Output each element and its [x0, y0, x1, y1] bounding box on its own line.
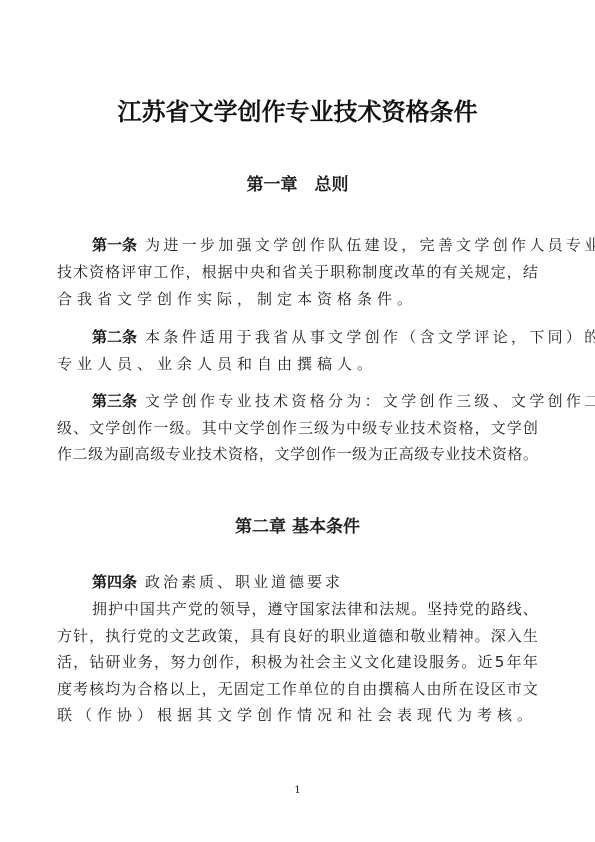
- document-page: 江苏省文学创作专业技术资格条件 第一章 总则 第一条 为进一步加强文学创作队伍建…: [0, 0, 595, 842]
- article-3-label: 第三条: [92, 390, 137, 412]
- chapter-2-heading: 第二章 基本条件: [0, 512, 595, 537]
- article-3-line-1: 第三条 文学创作专业技术资格分为：文学创作三级、文学创作二: [92, 390, 538, 412]
- article-4-paragraph-line-2: 方针，执行党的文艺政策，具有良好的职业道德和敬业精神。深入生: [57, 625, 538, 647]
- article-2-text-1: 本条件适用于我省从事文学创作（含文学评论，下同）的: [145, 326, 595, 348]
- article-1-line-3: 合我省文学创作实际，制定本资格条件。: [57, 288, 538, 310]
- article-1-text-1: 为进一步加强文学创作队伍建设，完善文学创作人员专业: [145, 234, 595, 256]
- article-4-paragraph-line-1: 拥护中国共产党的领导，遵守国家法律和法规。坚持党的路线、: [92, 598, 538, 620]
- article-4-subject: 政治素质、职业道德要求: [145, 571, 343, 593]
- article-1-line-1: 第一条 为进一步加强文学创作队伍建设，完善文学创作人员专业: [92, 234, 538, 256]
- article-2-line-1: 第二条 本条件适用于我省从事文学创作（含文学评论，下同）的: [92, 326, 538, 348]
- article-1-line-2: 技术资格评审工作，根据中央和省关于职称制度改革的有关规定，结: [57, 261, 538, 283]
- chapter-1-heading: 第一章 总则: [0, 170, 595, 195]
- page-number: 1: [0, 785, 595, 796]
- article-3-text-1: 文学创作专业技术资格分为：文学创作三级、文学创作二: [145, 390, 595, 412]
- document-title: 江苏省文学创作专业技术资格条件: [0, 92, 595, 127]
- article-2-label: 第二条: [92, 326, 137, 348]
- article-4-heading-line: 第四条 政治素质、职业道德要求: [92, 571, 538, 593]
- article-2-line-2: 专业人员、业余人员和自由撰稿人。: [57, 353, 538, 375]
- article-4-paragraph-line-3: 活，钻研业务，努力创作，积极为社会主义文化建设服务。近 5 年年: [57, 651, 538, 673]
- article-3-line-3: 作二级为副高级专业技术资格，文学创作一级为正高级专业技术资格。: [57, 443, 538, 465]
- article-4-label: 第四条: [92, 571, 137, 593]
- article-4-paragraph-line-5: 联（作协）根据其文学创作情况和社会表现代为考核。: [57, 704, 538, 726]
- article-3-line-2: 级、文学创作一级。其中文学创作三级为中级专业技术资格，文学创: [57, 417, 538, 439]
- article-1-label: 第一条: [92, 234, 137, 256]
- article-4-paragraph-line-4: 度考核均为合格以上，无固定工作单位的自由撰稿人由所在设区市文: [57, 678, 538, 700]
